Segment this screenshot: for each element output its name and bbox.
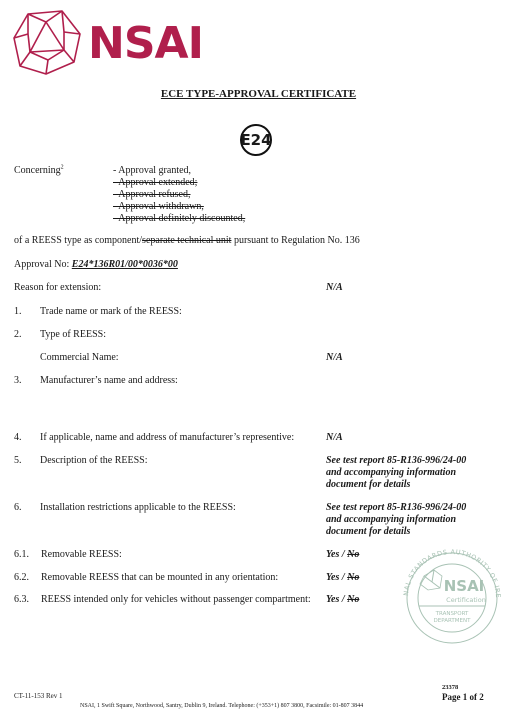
yes-option: Yes (326, 572, 339, 583)
item-value: N/A (326, 352, 343, 364)
item-number: 6. (14, 502, 22, 514)
footnote-marker: 2 (61, 165, 64, 171)
item-label: Commercial Name: (40, 352, 119, 364)
concerning-text: Concerning (14, 165, 61, 176)
item-label: Manufacturer’s name and address: (40, 375, 178, 387)
item-number: 5. (14, 455, 22, 467)
item-value: See test report 85-R136-996/24-00 and ac… (326, 455, 466, 491)
value-line: document for details (326, 479, 466, 491)
page-indicator: Page 1 of 2 (442, 691, 484, 703)
approval-status-list: - Approval granted, - Approval extended;… (113, 165, 245, 225)
item-label: If applicable, name and address of manuf… (40, 432, 294, 444)
certificate-title: ECE TYPE-APPROVAL CERTIFICATE (0, 88, 517, 100)
item-label: Trade name or mark of the REESS: (40, 306, 182, 318)
value-line: See test report 85-R136-996/24-00 (326, 455, 466, 467)
footer-address: NSAI, 1 Swift Square, Northwood, Santry,… (80, 700, 363, 712)
dodecahedron-logo-icon (12, 10, 84, 76)
stamp-brand: NSAI (444, 577, 485, 595)
item-label: Description of the REESS: (40, 455, 148, 467)
item-value: See test report 85-R136-996/24-00 and ac… (326, 502, 466, 538)
value-line: See test report 85-R136-996/24-00 (326, 502, 466, 514)
status-option: - Approval extended; (113, 177, 245, 189)
item-label: Removable REESS: (41, 549, 122, 561)
stamp-dept-1: TRANSPORT (435, 611, 469, 617)
item-number: 6.1. (14, 549, 29, 561)
yes-option: Yes (326, 549, 339, 560)
brand-logo-text: NSAI (88, 20, 203, 68)
approval-number-line: Approval No: E24*136R01/00*0036*00 (14, 259, 178, 271)
stamp-dept-2: DEPARTMENT (434, 618, 472, 624)
status-option: - Approval definitely discounted, (113, 213, 245, 225)
form-code: CT-11-153 Rev 1 (14, 690, 62, 702)
regulation-statement: of a REESS type as component/separate te… (14, 235, 360, 247)
item-number: 2. (14, 329, 22, 341)
status-option: - Approval granted, (113, 165, 245, 177)
yes-no-value: Yes / No (326, 549, 359, 561)
item-number: 1. (14, 306, 22, 318)
status-option: - Approval withdrawn, (113, 201, 245, 213)
regulation-suffix: pursuant to Regulation No. 136 (231, 235, 359, 246)
item-label: Removable REESS that can be mounted in a… (41, 572, 278, 584)
value-line: document for details (326, 526, 466, 538)
item-number: 6.3. (14, 594, 29, 606)
no-option: No (347, 549, 359, 560)
yes-no-value: Yes / No (326, 594, 359, 606)
approval-mark-circle: E24 (240, 124, 272, 156)
separator: / (339, 549, 347, 560)
reason-label: Reason for extension: (14, 282, 101, 294)
reason-value: N/A (326, 282, 343, 294)
item-label: Installation restrictions applicable to … (40, 502, 236, 514)
yes-no-value: Yes / No (326, 572, 359, 584)
item-label: REESS intended only for vehicles without… (41, 594, 311, 606)
regulation-prefix: of a REESS type as component/ (14, 235, 142, 246)
certification-stamp-icon: NATIONAL STANDARDS AUTHORITY OF IRELAND … (396, 546, 508, 644)
status-option: - Approval refused, (113, 189, 245, 201)
approval-label: Approval No: (14, 259, 72, 270)
value-line: and accompanying information (326, 514, 466, 526)
value-line: and accompanying information (326, 467, 466, 479)
item-value: N/A (326, 432, 343, 444)
approval-number: E24*136R01/00*0036*00 (72, 259, 178, 270)
regulation-struck-text: separate technical unit (142, 235, 231, 246)
yes-option: Yes (326, 594, 339, 605)
no-option: No (347, 594, 359, 605)
item-number: 3. (14, 375, 22, 387)
stamp-subtitle: Certification (446, 596, 486, 604)
item-number: 4. (14, 432, 22, 444)
item-label: Type of REESS: (40, 329, 106, 341)
separator: / (339, 572, 347, 583)
separator: / (339, 594, 347, 605)
concerning-label: Concerning2 (14, 165, 64, 177)
no-option: No (347, 572, 359, 583)
item-number: 6.2. (14, 572, 29, 584)
